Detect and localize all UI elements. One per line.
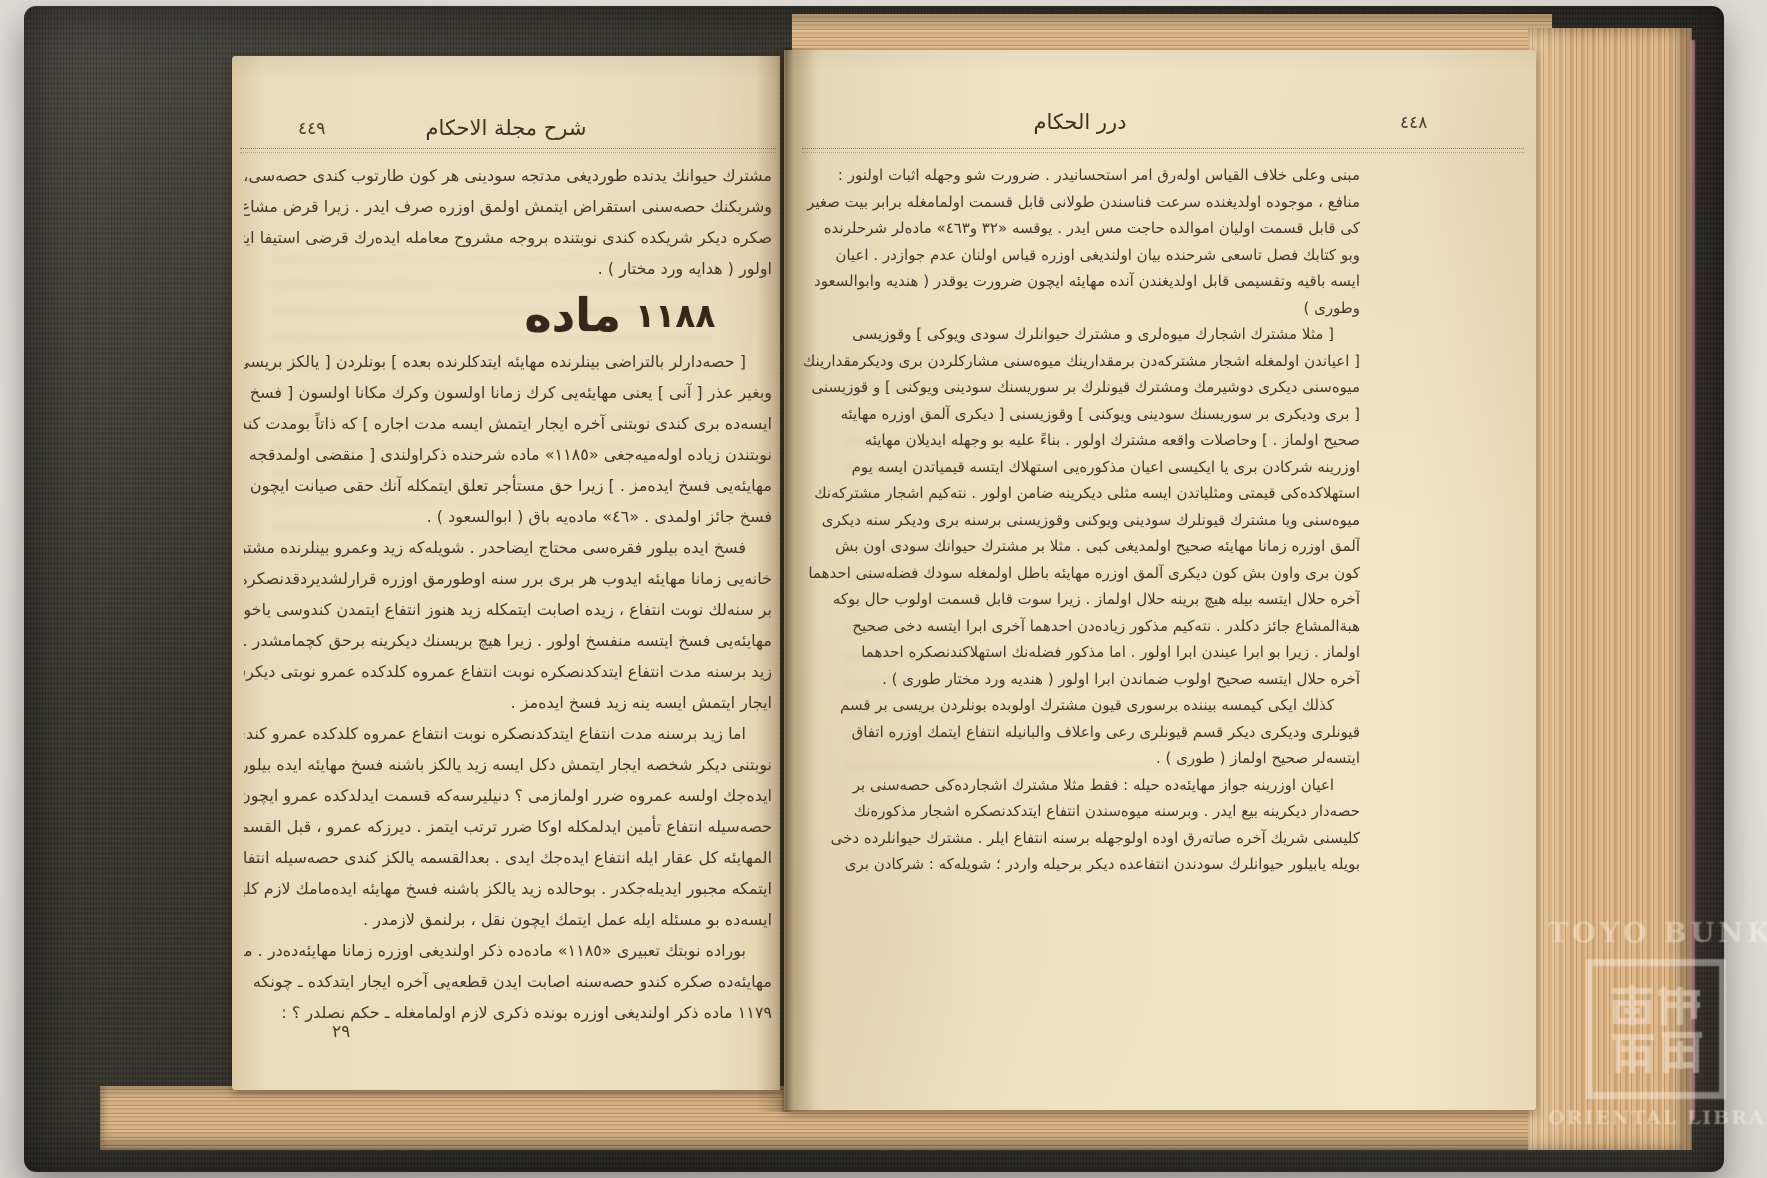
text-line: مهايئه‌يى فسخ ايتسه منفسخ اولور . زيرا ه… [244,625,772,656]
photo-of-open-book: ٤٤٩ شرح مجلة الاحكام مشترك حيوانك يدنده … [0,0,1767,1178]
text-line: ميوه‌سنى ديكرى دوشيرمك ومشترك قيونلرك بر… [800,374,1360,401]
text-line: فسخ ايده بيلور فقره‌سى محتاج ايضاحدر . ش… [244,532,772,563]
paragraph: اعيان اوزرينه جواز مهايئه‌ده حيله : فقط … [800,772,1360,878]
text-line: خانه‌يى زمانا مهايئه ايدوب هر برى برر سن… [244,563,772,594]
text-line: منافع ، موجوده اولديغنده سرعت فناسندن طو… [800,189,1360,216]
text-line: فسخ جائز اولمدى . «٤٦» ماده‌يه باق ( ابو… [244,501,772,532]
text-line: المهايئه كل عقار ايله انتفاع ايده‌جك ايد… [244,842,772,873]
text-line: ايسه‌ده بو مسئله ايله عمل ايتمك ايچون نق… [244,904,772,935]
text-line: ايسه باقيه وتقسيمى قابل اولديغندن آنده م… [800,268,1360,295]
text-line: ايده‌جك اولسه عمروه ضرر اولمازمى ؟ دنيلي… [244,780,772,811]
text-line: آخره حلال ايتسه بيله هيچ برينه حلال اولم… [800,586,1360,613]
text-line: اما زيد برسنه مدت انتفاع ايتدكدنصكره نوب… [244,718,772,749]
page-edges-left [56,26,236,1148]
text-line: وبغير عذر [ آنى ] يعنى مهايئه‌يى كرك زما… [244,377,772,408]
text-line: اولماز . زيرا بو ابرا عيندن ابرا اولور .… [800,639,1360,666]
text-line: ميوه‌سنى ويا مشترك قيونلرك سودينى ويوكنى… [800,507,1360,534]
text-line: اولور ( هدايه ورد مختار ) . [244,253,772,284]
text-line: [ مثلا مشترك اشجارك ميوه‌لرى و مشترك حيو… [800,321,1360,348]
text-line: قيونلرى وديكرى ديكر قسم قيونلرى رعى واعل… [800,719,1360,746]
text-line: حصه‌دار ديكرينه بيع ايدر . وبرسنه ميوه‌س… [800,798,1360,825]
text-line: آخره حلال ايتسه صحيح اولوب ضماندن ابرا ا… [800,666,1360,693]
header-rule [240,148,776,156]
text-line: اوزرينه شركادن برى يا ايكيسى اعيان مذكور… [800,454,1360,481]
bookmark-ribbon [1690,40,1695,1120]
right-page-number: ٤٤٨ [1400,113,1427,133]
article-number: ١١٨٨ [635,300,716,331]
paragraph: مشترك حيوانك يدنده طورديغى مدتجه سودينى … [244,160,772,284]
paragraph: بوراده نوبتك تعبيرى «١١٨٥» ماده‌ده ذكر ا… [244,935,772,1028]
paragraph: [ مثلا مشترك اشجارك ميوه‌لرى و مشترك حيو… [800,321,1360,692]
text-line: مهايئه‌ده صكره كندو حصه‌سنه اصابت ايدن ق… [244,966,772,997]
text-line: [ برى وديكرى بر سوريسنك سودينى ويوكنى ] … [800,401,1360,428]
right-page: ٤٤٨ درر الحكام مبنى وعلى خلاف القياس اول… [784,50,1536,1110]
left-running-title: شرح مجلة الاحكام [232,116,780,140]
text-line: زيد برسنه مدت انتفاع ايتدكدنصكره نوبت ان… [244,656,772,687]
text-line: حصه‌سيله انتفاع تأمين ايدلمكله اوكا ضرر … [244,811,772,842]
text-line: مبنى وعلى خلاف القياس اوله‌رق امر استحسا… [800,162,1360,189]
text-line: هبةالمشاع جائز دكلدر . نته‌كيم مذكور زيا… [800,613,1360,640]
paragraph: مبنى وعلى خلاف القياس اوله‌رق امر استحسا… [800,162,1360,321]
text-line: مهايئه‌يى فسخ ايده‌مز . ] زيرا حق مستأجر… [244,470,772,501]
text-line: كليسنى شريك آخره صاته‌رق اوده اولوجهله ب… [800,825,1360,852]
paragraph: اما زيد برسنه مدت انتفاع ايتدكدنصكره نوب… [244,718,772,935]
text-line: كذلك ايكى كيمسه بيننده برسورى قيون مشترك… [800,692,1360,719]
left-body-text: مشترك حيوانك يدنده طورديغى مدتجه سودينى … [244,160,772,1028]
right-body-text: مبنى وعلى خلاف القياس اوله‌رق امر استحسا… [800,162,1360,878]
signature-mark: ٢٩ [332,1022,350,1042]
left-page-content: ٤٤٩ شرح مجلة الاحكام مشترك حيوانك يدنده … [232,56,780,1090]
text-line: ايسه‌ده برى كندى نوبتنى آخره ايجار ايتمش… [244,408,772,439]
text-line: صحيح اولماز . ] وحاصلات واقعه مشترك اولو… [800,427,1360,454]
text-line: وبو كتابك فصل تاسعى شرحنده بيان اولنديغى… [800,242,1360,269]
right-running-title: درر الحكام [800,110,1360,134]
text-line: [ حصه‌دارلر بالتراضى بينلرنده مهايئه ايت… [244,346,772,377]
right-page-content: ٤٤٨ درر الحكام مبنى وعلى خلاف القياس اول… [784,50,1536,1110]
page-edges-fore [1528,28,1692,1150]
text-line: نوبتندن زياده اوله‌ميه‌جغى «١١٨٥» ماده ش… [244,439,772,470]
text-line: استهلاكده‌كى قيمتى ومثلياتدن ايسه مثلى د… [800,480,1360,507]
text-line: وطورى ) [800,295,1360,322]
paragraph: [ حصه‌دارلر بالتراضى بينلرنده مهايئه ايت… [244,346,772,532]
text-line: بويله يابيلور حيوانلرك سودندن انتفاعده د… [800,851,1360,878]
text-line: صكره ديكر شريكده كندى نوبتنده بروجه مشرو… [244,222,772,253]
text-line: كون برى واون بش كون ديكرى آلمق اوزره مها… [800,560,1360,587]
text-line: ١١٧٩ ماده ذكر اولنديغى اوزره بونده ذكرى … [244,997,772,1028]
text-line: آلمق اوزره زمانا مهايئه صحيح اولمديغى كب… [800,533,1360,560]
text-line: اعيان اوزرينه جواز مهايئه‌ده حيله : فقط … [800,772,1360,799]
article-word: ماده [524,300,621,331]
left-page: ٤٤٩ شرح مجلة الاحكام مشترك حيوانك يدنده … [232,56,780,1090]
paragraph: كذلك ايكى كيمسه بيننده برسورى قيون مشترك… [800,692,1360,772]
text-line: [ اعياندن اولمغله اشجار مشتركه‌دن برمقدا… [800,348,1360,375]
header-rule [802,148,1524,156]
text-line: نوبتنى ديكر شخصه ايجار ايتمش دكل ايسه زي… [244,749,772,780]
text-line: مشترك حيوانك يدنده طورديغى مدتجه سودينى … [244,160,772,191]
text-line: بوراده نوبتك تعبيرى «١١٨٥» ماده‌ده ذكر ا… [244,935,772,966]
paragraph: فسخ ايده بيلور فقره‌سى محتاج ايضاحدر . ش… [244,532,772,718]
text-line: وشريكنك حصه‌سنى استقراض ايتمش اولمق اوزر… [244,191,772,222]
text-line: ايتسه‌لر صحيح اولماز ( طورى ) . [800,745,1360,772]
text-line: كى قابل قسمت اوليان اموالده حاجت مس ايدر… [800,215,1360,242]
text-line: ايتمكه مجبور ايديله‌جكدر . بوحالده زيد ي… [244,873,772,904]
text-line: بر سنه‌لك نوبت انتفاع ، زيده اصابت ايتمك… [244,594,772,625]
text-line: ايجار ايتمش ايسه ينه زيد فسخ ايده‌مز . [244,687,772,718]
